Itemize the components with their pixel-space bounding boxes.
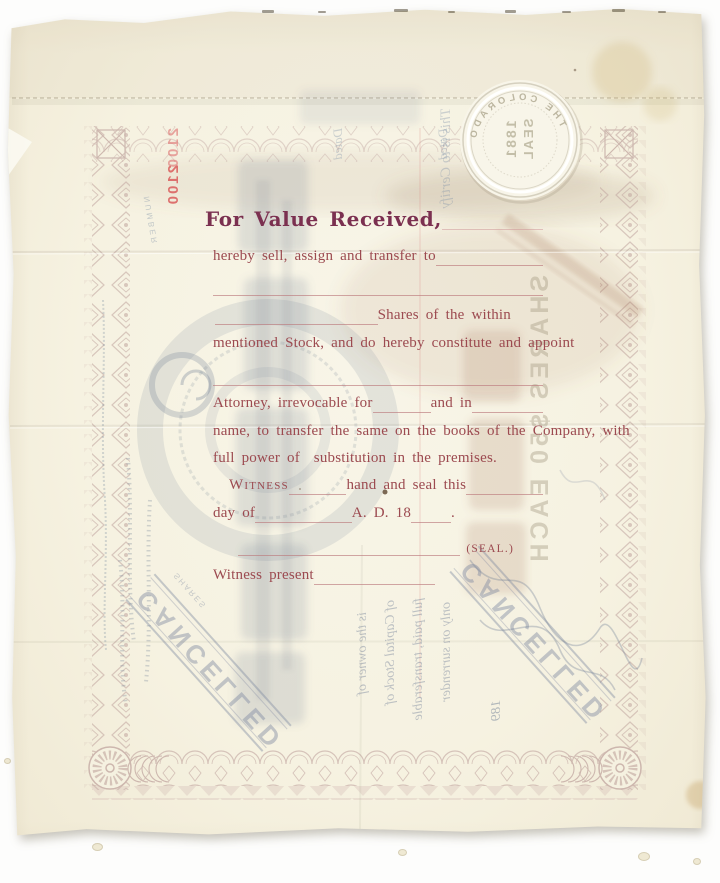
seal-label: (SEAL.) (460, 542, 514, 556)
scanned-stock-certificate-back: NUMBER 2100 2100 This is to Certify Date… (0, 0, 720, 883)
form-text: . (451, 504, 455, 523)
edge-speck (394, 9, 408, 12)
form-text: Shares of the within (378, 306, 511, 325)
edge-speck (262, 10, 274, 13)
form-line-mentioned: mentioned Stock, and do hereby constitut… (213, 331, 543, 353)
form-line-seal: (SEAL.) (238, 534, 514, 556)
paper-shadow-wrap: NUMBER 2100 2100 This is to Certify Date… (0, 0, 720, 883)
blank-line (314, 569, 435, 585)
blank-line (289, 479, 347, 495)
form-blank-line-2 (213, 364, 543, 386)
blank-line (436, 250, 543, 266)
form-line-attorney: Attorney, irrevocable for and in (213, 391, 543, 413)
blank-line (472, 397, 543, 413)
form-text: hereby sell, assign and transfer to (213, 247, 436, 266)
blank-line (213, 370, 543, 386)
form-text: name, to transfer the same on the books … (213, 422, 630, 441)
form-line-books: name, to transfer the same on the books … (213, 419, 630, 441)
edge-speck (562, 11, 571, 13)
edge-speck (612, 9, 625, 12)
form-text: mentioned Stock, and do hereby constitut… (213, 334, 575, 353)
signature-line (238, 540, 460, 556)
edge-speck (318, 11, 326, 13)
form-text: and in (431, 394, 472, 413)
edge-speck (505, 10, 516, 13)
form-text: A. D. 18 (352, 504, 411, 523)
form-text: full power of substitution in the premis… (213, 449, 497, 468)
form-line-transfer: hereby sell, assign and transfer to (213, 244, 543, 266)
form-line-dayof: day of A. D. 18 . (213, 501, 455, 523)
transfer-form: For Value Received, hereby sell, assign … (0, 0, 720, 883)
form-text: Witness present (213, 566, 314, 585)
form-text: Attorney, irrevocable for (213, 394, 373, 413)
certificate-paper: NUMBER 2100 2100 This is to Certify Date… (0, 0, 720, 883)
blank-line (215, 309, 378, 325)
edge-speck (658, 11, 666, 13)
form-text: day of (213, 504, 255, 523)
blank-line (373, 397, 431, 413)
blank-line (255, 507, 352, 523)
form-blank-line-1 (213, 274, 543, 296)
form-text-witness: Witness (229, 476, 289, 495)
form-line-witness-seal: Witness hand and seal this (229, 473, 543, 495)
form-heading: For Value Received, (205, 208, 442, 230)
form-text: hand and seal this (346, 476, 466, 495)
form-line-witness-present: Witness present (213, 563, 435, 585)
form-heading-line: For Value Received, (205, 208, 543, 230)
blank-line (213, 280, 543, 296)
edge-speck (448, 11, 455, 13)
blank-line (411, 507, 451, 523)
blank-line (442, 214, 543, 230)
form-line-shares: Shares of the within (215, 303, 511, 325)
form-line-premises: full power of substitution in the premis… (213, 446, 497, 468)
blank-line (466, 479, 543, 495)
